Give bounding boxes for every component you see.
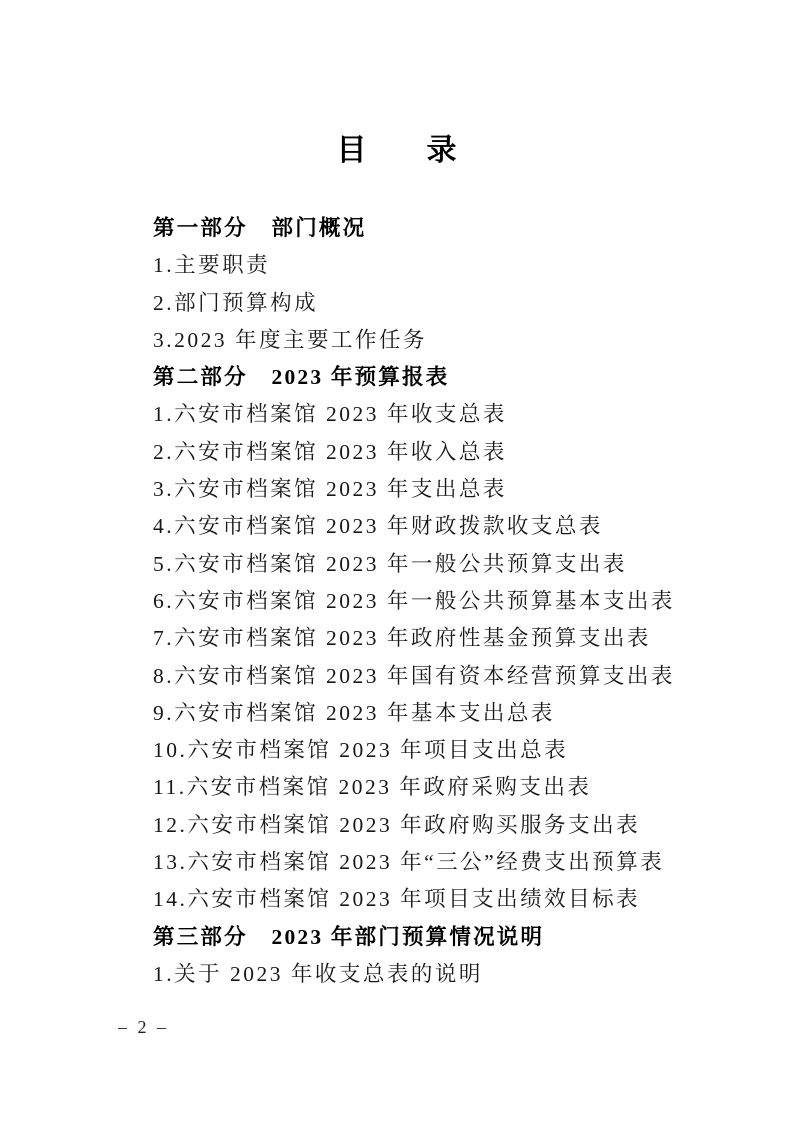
toc-entry: 4.六安市档案馆 2023 年财政拨款收支总表 (153, 508, 673, 545)
toc-entry: 1.主要职责 (153, 247, 673, 284)
toc-entry: 2.六安市档案馆 2023 年收入总表 (153, 434, 673, 471)
toc-entry: 8.六安市档案馆 2023 年国有资本经营预算支出表 (153, 658, 673, 695)
toc-entry: 1.六安市档案馆 2023 年收支总表 (153, 396, 673, 433)
toc-entry: 12.六安市档案馆 2023 年政府购买服务支出表 (153, 807, 673, 844)
page-title: 目 录 (0, 131, 793, 171)
toc-entry: 9.六安市档案馆 2023 年基本支出总表 (153, 695, 673, 732)
toc-section-heading-part2: 第二部分 2023 年预算报表 (153, 359, 673, 396)
toc-section-heading-part1: 第一部分 部门概况 (153, 210, 673, 247)
table-of-contents: 第一部分 部门概况 1.主要职责 2.部门预算构成 3.2023 年度主要工作任… (153, 210, 673, 993)
toc-entry: 7.六安市档案馆 2023 年政府性基金预算支出表 (153, 620, 673, 657)
toc-entry: 2.部门预算构成 (153, 285, 673, 322)
toc-entry: 3.六安市档案馆 2023 年支出总表 (153, 471, 673, 508)
document-page: 目 录 第一部分 部门概况 1.主要职责 2.部门预算构成 3.2023 年度主… (0, 0, 793, 1122)
toc-entry: 1.关于 2023 年收支总表的说明 (153, 956, 673, 993)
toc-entry: 5.六安市档案馆 2023 年一般公共预算支出表 (153, 546, 673, 583)
toc-entry: 14.六安市档案馆 2023 年项目支出绩效目标表 (153, 881, 673, 918)
toc-section-heading-part3: 第三部分 2023 年部门预算情况说明 (153, 919, 673, 956)
toc-entry: 10.六安市档案馆 2023 年项目支出总表 (153, 732, 673, 769)
page-number: – 2 – (118, 1015, 167, 1039)
toc-entry: 13.六安市档案馆 2023 年“三公”经费支出预算表 (153, 844, 673, 881)
toc-entry: 6.六安市档案馆 2023 年一般公共预算基本支出表 (153, 583, 673, 620)
toc-entry: 3.2023 年度主要工作任务 (153, 322, 673, 359)
toc-entry: 11.六安市档案馆 2023 年政府采购支出表 (153, 769, 673, 806)
